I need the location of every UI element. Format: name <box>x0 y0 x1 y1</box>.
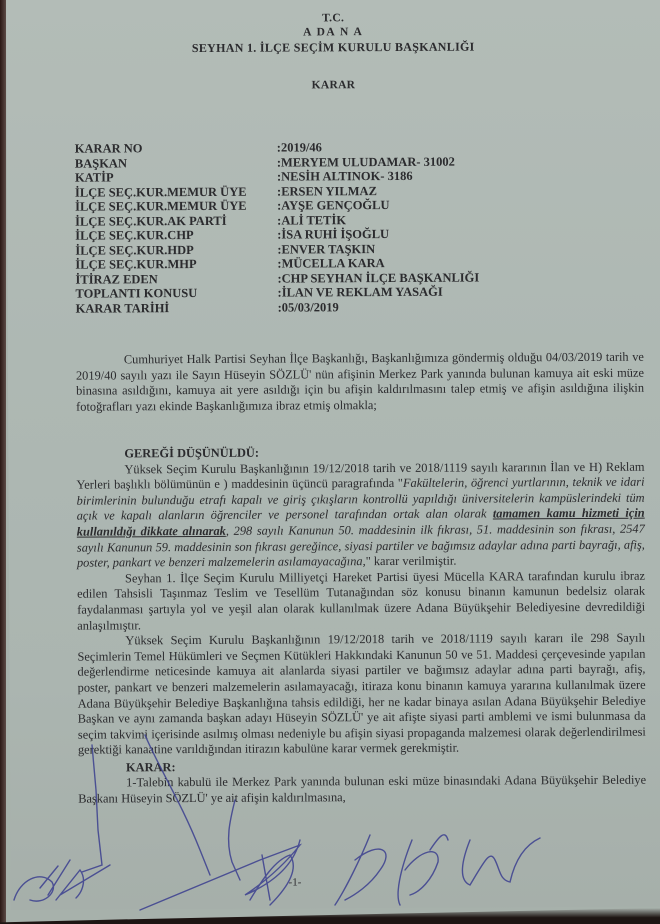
meta-value: :ERSEN YILMAZ <box>277 184 377 199</box>
para1-tail: " karar verilmiştir. <box>366 554 457 568</box>
meta-value: :AYŞE GENÇOĞLU <box>277 198 389 213</box>
meta-label: İLÇE SEÇ.KUR.MEMUR ÜYE <box>75 199 277 215</box>
meta-value: :ENVER TAŞKIN <box>277 242 375 257</box>
meta-value: :İLAN VE REKLAM YASAĞI <box>277 285 442 300</box>
header-institution: SEYHAN 1. İLÇE SEÇİM KURULU BAŞKANLIĞI <box>6 39 660 57</box>
meta-label: KARAR NO <box>75 141 277 157</box>
header-tc: T.C. <box>6 11 660 26</box>
intro-text: Cumhuriyet Halk Partisi Seyhan İlçe Başk… <box>76 350 644 415</box>
meta-value: :MÜCELLA KARA <box>277 256 384 271</box>
page-number: -1- <box>289 876 302 888</box>
reasoning-paragraph-2: Seyhan 1. İlçe Seçim Kurulu Milliyetçi H… <box>77 568 645 633</box>
meta-row: BAŞKAN:MERYEM ULUDAMAR- 31002 <box>75 154 479 171</box>
meta-label: KATİP <box>75 170 277 186</box>
meta-value: :CHP SEYHAN İLÇE BAŞKANLIĞI <box>277 270 479 286</box>
document-page: T.C. A DA N A SEYHAN 1. İLÇE SEÇİM KURUL… <box>6 0 660 910</box>
photo-bottom-edge <box>0 908 660 924</box>
decision-metadata-table: KARAR NO:2019/46BAŞKAN:MERYEM ULUDAMAR- … <box>75 140 480 316</box>
meta-value: :2019/46 <box>277 140 322 155</box>
meta-value: :MERYEM ULUDAMAR- 31002 <box>277 154 455 169</box>
meta-label: TOPLANTI KONUSU <box>76 286 278 302</box>
meta-value: :NESİH ALTINOK- 3186 <box>277 169 413 184</box>
decision-item-1: 1-Talebin kabulü ile Merkez Park yanında… <box>78 773 646 807</box>
meta-label: İTİRAZ EDEN <box>75 271 277 287</box>
meta-label: İLÇE SEÇ.KUR.AK PARTİ <box>75 213 277 229</box>
meta-value: :05/03/2019 <box>278 300 339 315</box>
meta-label: İLÇE SEÇ.KUR.MEMUR ÜYE <box>75 184 277 200</box>
reasoning-section: GEREĞİ DÜŞÜNÜLDÜ: Yüksek Seçim Kurulu Ba… <box>76 444 646 808</box>
intro-paragraph: Cumhuriyet Halk Partisi Seyhan İlçe Başk… <box>76 350 644 415</box>
meta-row: TOPLANTI KONUSU:İLAN VE REKLAM YASAĞI <box>76 285 480 302</box>
meta-row: KARAR TARİHİ:05/03/2019 <box>76 299 480 316</box>
header-city: A DA N A <box>6 25 660 40</box>
reasoning-paragraph-1: Yüksek Seçim Kurulu Başkanlığının 19/12/… <box>76 459 645 571</box>
meta-label: BAŞKAN <box>75 155 277 171</box>
meta-label: KARAR TARİHİ <box>76 300 278 316</box>
document-title: KARAR <box>6 78 660 93</box>
reasoning-paragraph-3: Yüksek Seçim Kurulu Başkanlığının 19/12/… <box>77 631 646 759</box>
meta-label: İLÇE SEÇ.KUR.CHP <box>75 228 277 244</box>
meta-label: İLÇE SEÇ.KUR.MHP <box>75 257 277 273</box>
meta-value: :ALİ TETİK <box>277 213 346 228</box>
photo-left-edge <box>0 0 6 924</box>
meta-label: İLÇE SEÇ.KUR.HDP <box>75 242 277 258</box>
meta-value: :İSA RUHİ İŞOĞLU <box>277 227 389 242</box>
